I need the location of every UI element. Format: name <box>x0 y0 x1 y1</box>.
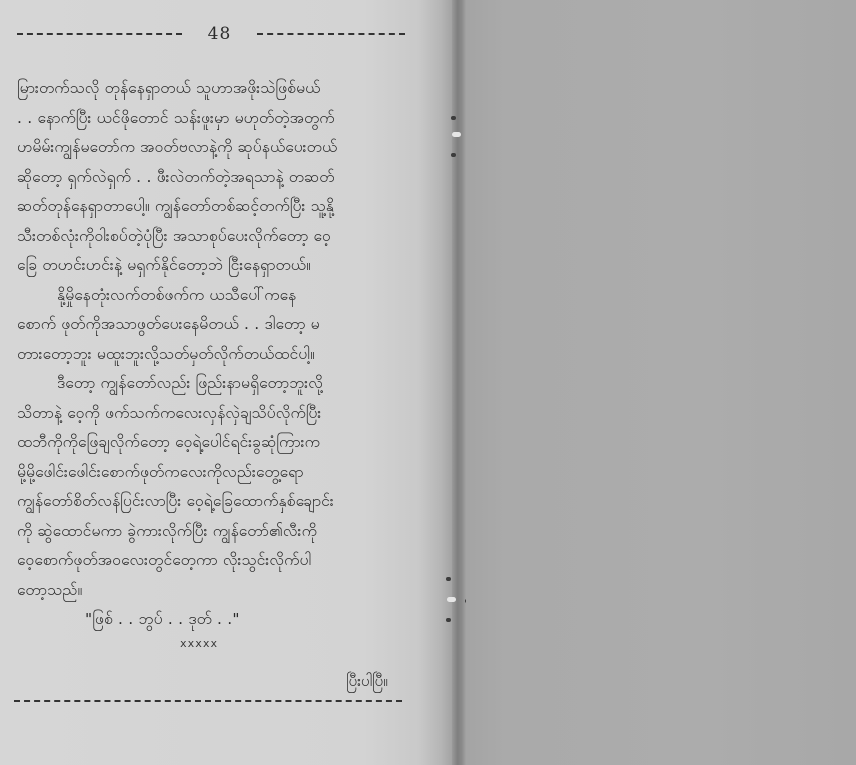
text-line: သိတာနဲ့ ဝေ့ကို ဖက်သက်ကလေးလှန်လှဲချသိပ်လိ… <box>17 399 412 429</box>
text-line: ထဘီကိုကိုဖြေချလိုက်တော့ ဝေ့ရဲ့ပေါင်ရင်းခ… <box>17 428 412 458</box>
body-text: မြားတက်သလို တုန်နေရှာတယ် သူဟာအဖိုးသဲဖြစ်… <box>17 74 412 635</box>
left-page: 48 မြားတက်သလို တုန်နေရှာတယ် သူဟာအဖိုးသဲဖ… <box>0 0 455 765</box>
text-line: ဆိုတော့ ရှက်လဲရှက် . . ဖီးလဲတက်တဲ့အရသာနဲ… <box>17 163 412 193</box>
text-line: တားတော့ဘူး မထူးဘူးလို့သတ်မှတ်လိုက်တယ်ထင်… <box>17 340 412 370</box>
book-spread: 48 မြားတက်သလို တုန်နေရှာတယ် သူဟာအဖိုးသဲဖ… <box>0 0 856 765</box>
right-page-blank <box>466 0 856 765</box>
quote-line: "ဖြစ် . . ဘွပ် . . ဒုတ် . ." <box>17 605 412 635</box>
text-line: ဆတ်တုန်နေရှာတာပေါ့။ ကျွန်တော်တစ်ဆင့်တက်ပ… <box>17 192 412 222</box>
staple-hole <box>451 116 456 120</box>
staple-hole <box>451 153 456 157</box>
text-line: သီးတစ်လုံးကိုဝါးစပ်တဲ့ပုံပြီး အသာစုပ်ပေး… <box>17 222 412 252</box>
staple-hole <box>446 577 451 581</box>
binding-gutter <box>452 0 466 765</box>
section-separator: xxxxx <box>180 637 218 650</box>
text-line: တော့သည်။ <box>17 576 412 606</box>
staple-hole <box>446 618 451 622</box>
end-mark: ပြီးပါပြီ။ <box>346 672 388 694</box>
text-line: ခြေ တဟင်းဟင်းနဲ့ မရှက်နိုင်တော့ဘဲ ငြီးနေ… <box>17 251 412 281</box>
text-line: . . နောက်ပြီး ယင်ဖိုတောင် သန်းဖူးမှာ မဟု… <box>17 104 412 134</box>
page-header: 48 <box>17 24 405 44</box>
text-line: စောက် ဖုတ်ကိုအသာဖွတ်ပေးနေမိတယ် . . ဒါတော… <box>17 310 412 340</box>
page-number: 48 <box>208 24 232 44</box>
paragraph-start-line: နို့မှိုနေတုံးလက်တစ်ဖက်က ယသီပေါ်ကနေ <box>17 281 412 311</box>
text-line: မြားတက်သလို တုန်နေရှာတယ် သူဟာအဖိုးသဲဖြစ်… <box>17 74 412 104</box>
text-line: ကျွန်တော်စိတ်လန်ပြင်းလာပြီး ဝေ့ရဲ့ခြေထော… <box>17 487 412 517</box>
text-line: ဝေ့စောက်ဖုတ်အဝလေးတွင်တေ့ကာ လိုးသွင်းလိုက… <box>17 546 412 576</box>
footer-rule <box>14 700 402 702</box>
text-line: ဟမိမ်းကျွန်မတော်က အဝတ်ဗလာနဲ့ကို ဆုပ်နယ်ပ… <box>17 133 412 163</box>
staple-hole <box>452 132 461 137</box>
staple-hole <box>447 597 456 602</box>
paragraph-start-line: ဒီတော့ ကျွန်တော်လည်း ဖြည်းနာမရှိတော့ဘူးလ… <box>17 369 412 399</box>
text-line: ကို ဆွဲထောင်မကာ ခွဲကားလိုက်ပြီး ကျွန်တော… <box>17 517 412 547</box>
text-line: မို့မို့ဖေါင်းဖေါင်းစောက်ဖုတ်ကလေးကိုလည်း… <box>17 458 412 488</box>
header-rule-right <box>257 33 405 35</box>
header-rule-left <box>17 33 182 35</box>
